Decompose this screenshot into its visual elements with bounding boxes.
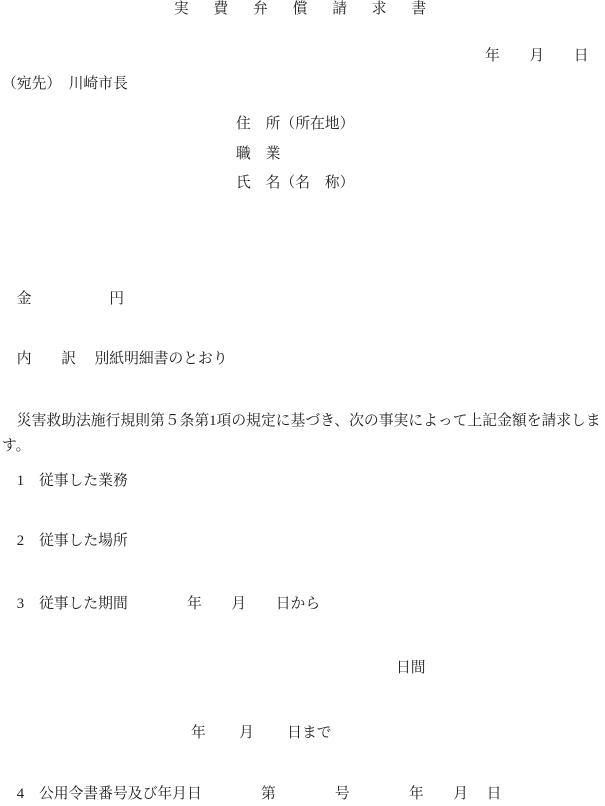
item-3-duration-days: 日間 (396, 660, 426, 677)
addressee-line: （宛先） 川崎市長 (2, 76, 128, 93)
name-label: 氏 名（名 称） (236, 175, 354, 192)
document-title: 実 費 弁 償 請 求 書 (0, 1, 605, 18)
item-3-engaged-period: 3 従事した期間 年 月 日から (2, 596, 320, 613)
reimbursement-claim-form: 実 費 弁 償 請 求 書 年 月 日 （宛先） 川崎市長 住 所（所在地） 職… (0, 0, 605, 806)
breakdown-line: 内 訳 別紙明細書のとおり (2, 351, 228, 368)
item-4-official-order-number-date: 4 公用令書番号及び年月日 第 号 年 月 日 (2, 786, 501, 803)
item-1-engaged-work: 1 従事した業務 (2, 473, 128, 490)
occupation-label: 職 業 (236, 146, 280, 163)
address-label: 住 所（所在地） (236, 116, 354, 133)
legal-basis-paragraph: 災害救助法施行規則第５条第1項の規定に基づき、次の事実によって上記金額を請求しま… (2, 409, 601, 459)
item-2-engaged-place: 2 従事した場所 (2, 533, 128, 550)
item-3-period-until: 年 月 日まで (191, 725, 332, 742)
date-line: 年 月 日 (485, 48, 589, 65)
amount-line: 金 円 (2, 291, 124, 308)
